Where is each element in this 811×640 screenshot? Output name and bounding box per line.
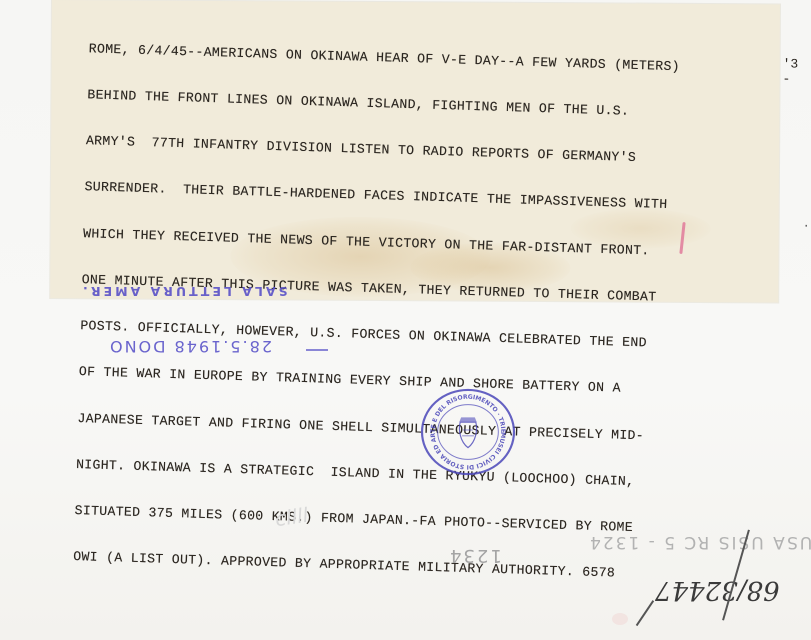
caption-line: NIGHT. OKINAWA IS A STRATEGIC ISLAND IN … bbox=[76, 457, 756, 493]
typed-caption: ROME, 6/4/45--AMERICANS ON OKINAWA HEAR … bbox=[72, 10, 770, 616]
dots-mark: .. bbox=[803, 217, 811, 231]
caption-line: BEHIND THE FRONT LINES ON OKINAWA ISLAND… bbox=[87, 87, 767, 123]
halberd-shield-icon bbox=[459, 417, 477, 447]
page-mark: '3 - bbox=[782, 56, 798, 86]
faint-mark bbox=[612, 613, 628, 625]
ink-catalog-number: 68/32447 bbox=[655, 575, 780, 605]
faint-pencil-note: cllll bbox=[273, 503, 309, 531]
museum-round-stamp-icon: MUSEI CIVICI DI STORIA ED ARTE E DEL RIS… bbox=[419, 387, 517, 477]
stamp-dash bbox=[306, 349, 328, 351]
caption-line: ARMY'S 77TH INFANTRY DIVISION LISTEN TO … bbox=[86, 133, 766, 169]
caption-line: WHICH THEY RECEIVED THE NEWS OF THE VICT… bbox=[83, 226, 763, 262]
caption-slip: ROME, 6/4/45--AMERICANS ON OKINAWA HEAR … bbox=[50, 0, 780, 302]
usis-pencil-note: é USA USIS RC 5 - 1324 bbox=[588, 532, 811, 552]
donation-date-stamp: 28.5.1948 DONO bbox=[108, 337, 272, 356]
caption-line: JAPANESE TARGET AND FIRING ONE SHELL SIM… bbox=[77, 411, 757, 447]
photo-reverse: ROME, 6/4/45--AMERICANS ON OKINAWA HEAR … bbox=[0, 0, 811, 640]
inventory-pencil-number: 1234 bbox=[448, 545, 502, 566]
caption-line: OWI (A LIST OUT). APPROVED BY APPROPRIAT… bbox=[73, 549, 753, 585]
library-stamp: SALA LETTURA AMER. bbox=[80, 284, 288, 299]
caption-line: SURRENDER. THEIR BATTLE-HARDENED FACES I… bbox=[84, 180, 764, 216]
caption-line: ROME, 6/4/45--AMERICANS ON OKINAWA HEAR … bbox=[89, 41, 769, 77]
